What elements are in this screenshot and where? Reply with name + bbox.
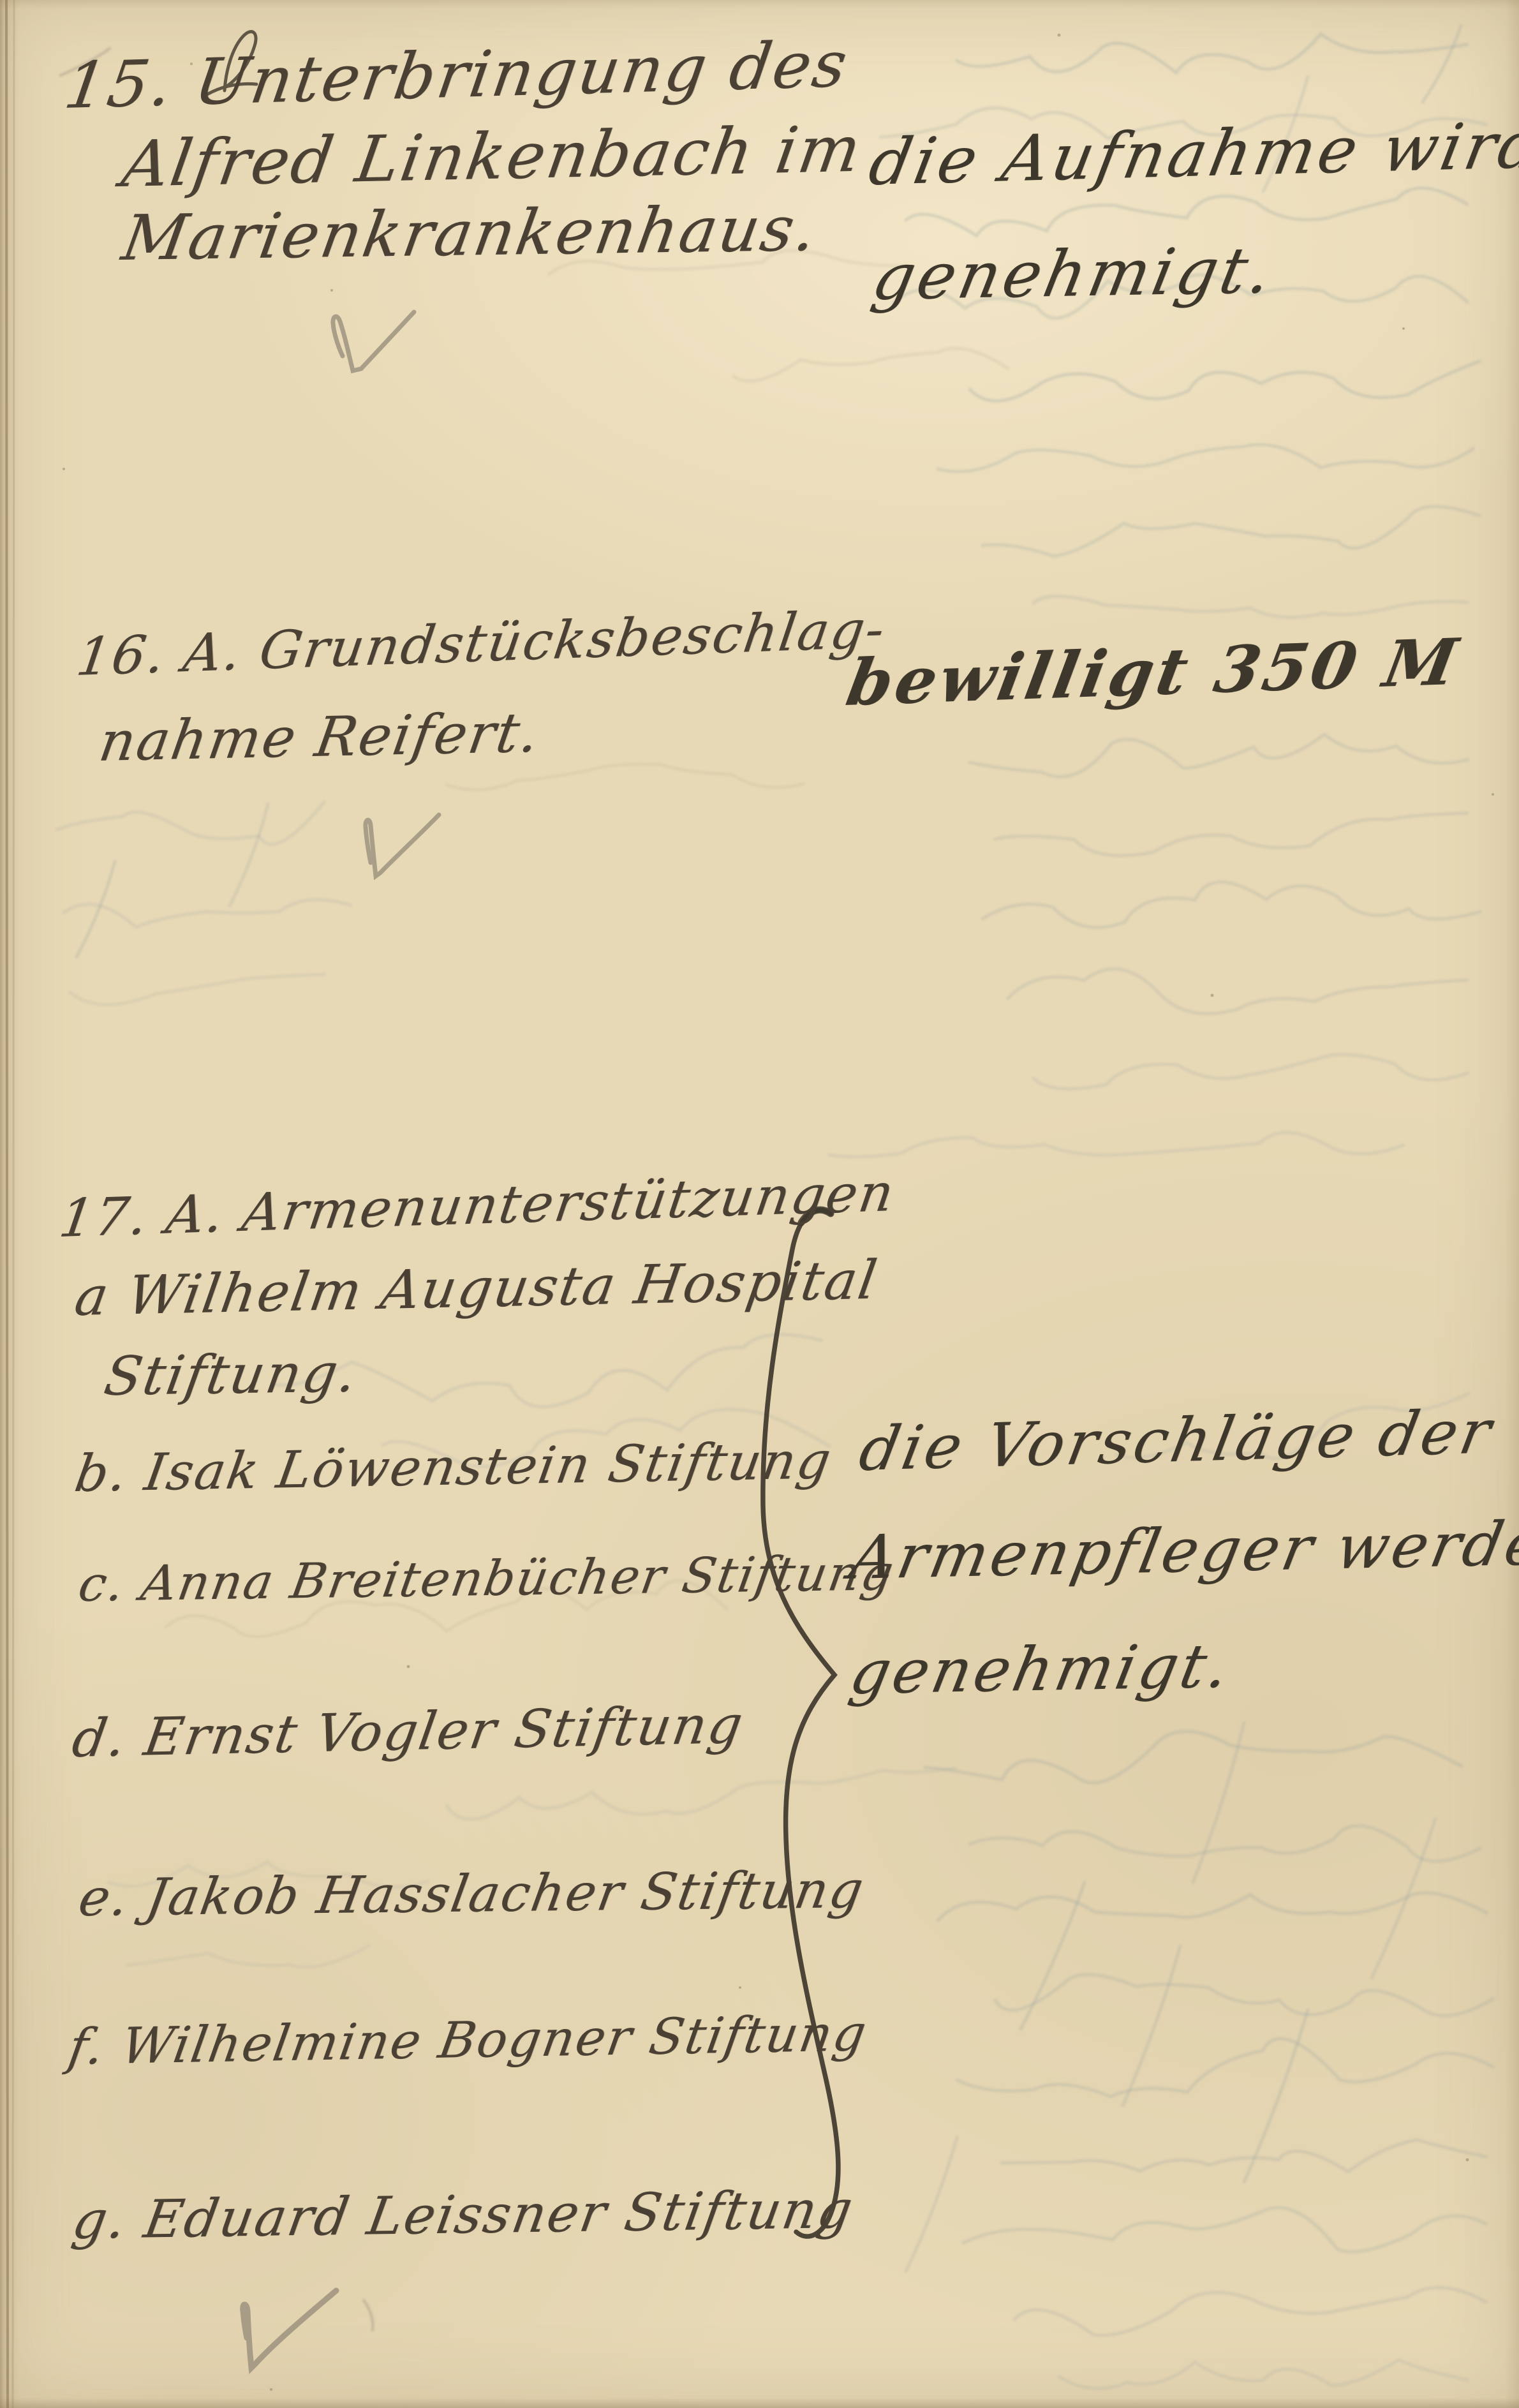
entry-15-decision-line-1: die Aufnahme wird [864,114,1519,195]
bleedthrough-stroke [77,861,115,957]
bleedthrough-writing [446,1767,957,1821]
bleedthrough-stroke [1193,1723,1244,1882]
bleedthrough-writing [937,1882,1486,1932]
entry-17-decision-line-3: genehmigt. [845,1637,1236,1704]
bleedthrough-stroke [1123,1946,1180,2106]
entry-17-subitem-d: d. Ernst Vogler Stiftung [69,1699,747,1765]
entry-17-decision-line-1: die Vorschläge der [855,1402,1498,1480]
bleedthrough-writing [963,2201,1487,2266]
bleedthrough-writing [956,29,1467,80]
bleedthrough-writing [982,505,1481,561]
left-edge-crease-2 [13,0,14,2408]
bleedthrough-writing [1014,2287,1486,2337]
entry-15-agenda-line-1: 15. Unterbringung des [61,33,852,118]
entry-17-subitem-c: c. Anna Breitenbücher Stiftung [75,1549,898,1609]
bleedthrough-writing [64,895,352,930]
bleedthrough-writing [829,1130,1404,1163]
bleedthrough-writing [995,813,1468,858]
bleedthrough-stroke [1372,1818,1435,1978]
bleedthrough-stroke [1021,1882,1085,2029]
bleedthrough-stroke [230,804,268,906]
entry-15-agenda-line-3: Marienkrankenhaus. [118,198,822,270]
bleedthrough-writing [981,873,1480,935]
bleedthrough-stroke [906,2137,957,2271]
bleedthrough-stroke [1244,2010,1308,2182]
bleedthrough-writing [1059,2358,1468,2390]
checkmark-bottom [243,2291,336,2368]
entry-17-subitem-a-line-1: a Wilhelm Augusta Hospital [71,1253,882,1323]
grouping-brace-entry-17 [763,1210,838,2236]
bleedthrough-writing [969,727,1467,780]
bleedthrough-writing [969,360,1480,412]
left-edge-crease [6,0,8,2408]
checkmark-entry-15 [333,312,414,371]
entry-17-subitem-b: b. Isak Löwenstein Stiftung [71,1435,836,1499]
entry-17-agenda-line-1: 17. A. Armenunterstützungen [56,1167,898,1245]
bleedthrough-writing [127,1945,370,1973]
document-page: 15. Unterbringung des Alfred Linkenbach … [0,0,1519,2408]
entry-16-agenda-line-1: 16. A. Grundstücksbeschlag- [73,604,889,684]
bleedthrough-writing [70,974,326,1006]
bleedthrough-stroke [364,2300,373,2330]
entry-15-decision-line-2: genehmigt. [868,239,1280,309]
bleedthrough-writing [733,345,1009,387]
bleedthrough-writing [1033,1050,1467,1094]
bleedthrough-writing [1002,2139,1487,2178]
entry-15-agenda-line-2: Alfred Linkenbach im [118,117,866,197]
bleedthrough-writing [956,2031,1493,2102]
checkmark-entry-16 [366,815,439,876]
entry-17-subitem-a-line-2: Stiftung. [101,1346,362,1403]
entry-16-agenda-line-2: nahme Reifert. [96,706,544,769]
bleedthrough-writing [1034,589,1468,621]
bleedthrough-writing [924,1721,1462,1788]
bleedthrough-writing [57,802,327,856]
bleedthrough-writing [1007,963,1467,1017]
entry-16-decision-line-1: bewilligt 350 M [842,630,1465,715]
bleedthrough-stroke [1423,26,1461,102]
bleedthrough-writing [970,1824,1481,1869]
entry-17-subitem-g: g. Eduard Leissner Stiftung [69,2184,857,2247]
entry-17-subitem-f: f. Wilhelmine Bogner Stiftung [65,2009,871,2072]
entry-17-decision-line-2: Armenpfleger werden [845,1513,1519,1589]
entry-17-subitem-e: e. Jakob Hasslacher Stiftung [75,1864,868,1924]
bleedthrough-writing [995,1968,1493,2024]
bleedthrough-writing [937,441,1474,475]
